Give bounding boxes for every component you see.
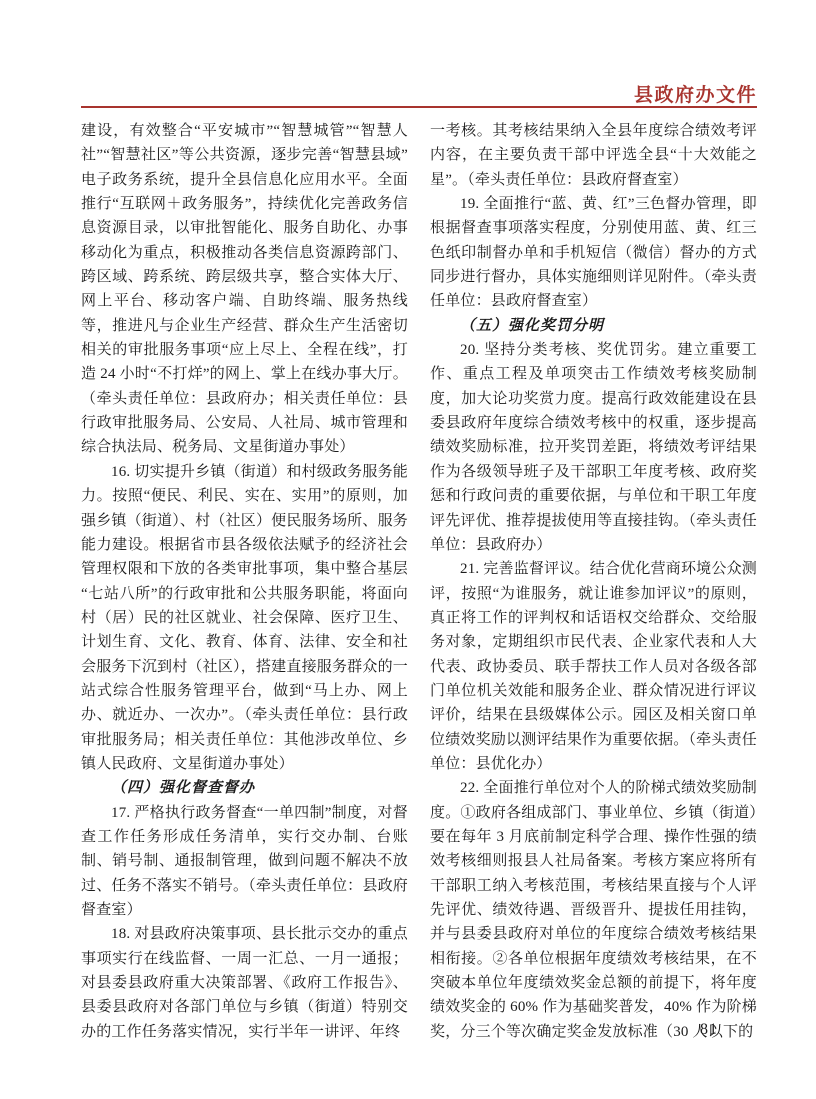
column-left: 建设，有效整合“平安城市”“智慧城管”“智慧人社”“智慧社区”等公共资源，逐步完… [81, 119, 408, 1045]
section-heading-4: （四）强化督查督办 [81, 776, 408, 800]
paragraph-continuation: 建设，有效整合“平安城市”“智慧城管”“智慧人社”“智慧社区”等公共资源，逐步完… [81, 119, 408, 460]
page-header-title: 县政府办文件 [81, 80, 757, 107]
column-right: 一考核。其考核结果纳入全县年度综合绩效考评内容，在主要负责干部中评选全县“十大效… [430, 119, 757, 1045]
section-heading-5: （五）强化奖罚分明 [430, 314, 757, 338]
page-number: 81 [700, 1021, 718, 1039]
paragraph-item-19: 19. 全面推行“蓝、黄、红”三色督办管理，即根据督查事项落实程度，分别使用蓝、… [430, 192, 757, 314]
paragraph-item-16: 16. 切实提升乡镇（街道）和村级政务服务能力。按照“便民、利民、实在、实用”的… [81, 460, 408, 776]
paragraph-item-17: 17. 严格执行政务督查“一单四制”制度，对督查工作任务形成任务清单，实行交办制… [81, 801, 408, 923]
paragraph-item-18: 18. 对县政府决策事项、县长批示交办的重点事项实行在线监督、一周一汇总、一月一… [81, 922, 408, 1044]
header-divider-rule [81, 106, 757, 108]
paragraph-item-21: 21. 完善监督评议。结合优化营商环境公众测评，按照“为谁服务，就让谁参加评议”… [430, 557, 757, 776]
paragraph-item-22: 22. 全面推行单位对个人的阶梯式绩效奖励制度。①政府各组成部门、事业单位、乡镇… [430, 776, 757, 1044]
document-body: 建设，有效整合“平安城市”“智慧城管”“智慧人社”“智慧社区”等公共资源，逐步完… [81, 119, 757, 1045]
paragraph-item-20: 20. 坚持分类考核、奖优罚劣。建立重要工作、重点工程及单项突击工作绩效考核奖励… [430, 338, 757, 557]
paragraph-continuation: 一考核。其考核结果纳入全县年度综合绩效考评内容，在主要负责干部中评选全县“十大效… [430, 119, 757, 192]
document-page: 县政府办文件 建设，有效整合“平安城市”“智慧城管”“智慧人社”“智慧社区”等公… [0, 0, 816, 1099]
